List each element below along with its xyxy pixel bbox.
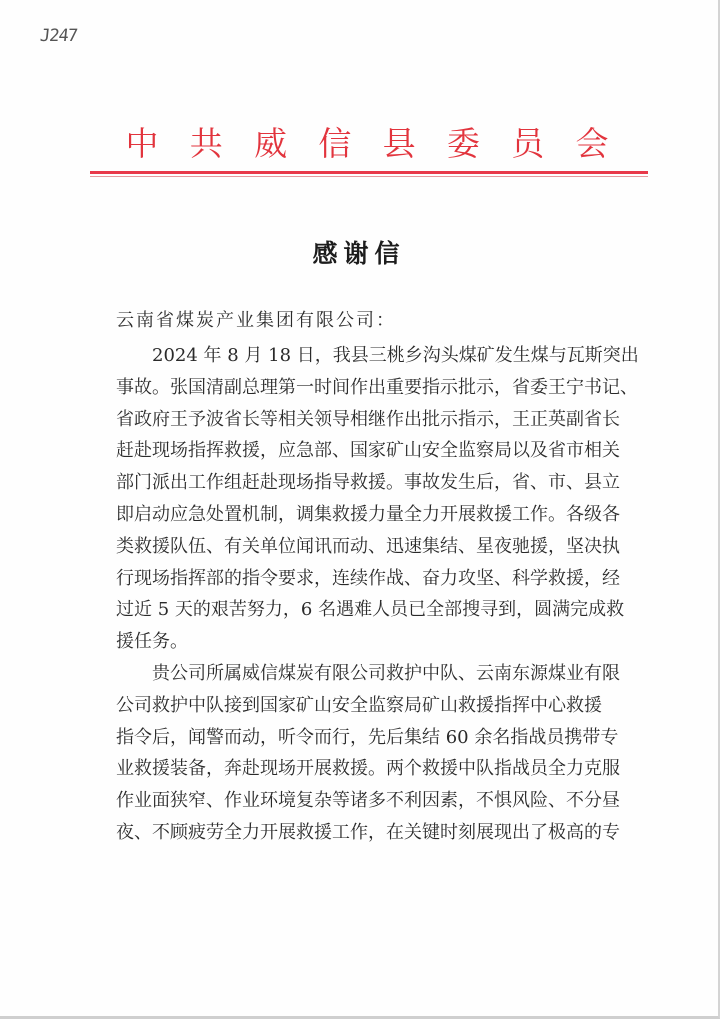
text-line: 部门派出工作组赶赴现场指导救援。事故发生后，省、市、县立 [116,467,611,499]
paragraph-1: 2024 年 8 月 18 日，我县三桃乡沟头煤矿发生煤与瓦斯突出 事故。张国清… [116,340,611,658]
letterhead-char: 共 [186,118,226,165]
document-title: 感谢信 [0,234,718,270]
text-line: 贵公司所属威信煤炭有限公司救护中队、云南东源煤业有限 [116,658,611,690]
document-page: J247 中 共 威 信 县 委 员 会 感谢信 云南省煤炭产业集团有限公司： … [0,0,720,1019]
text-line: 即启动应急处置机制，调集救援力量全力开展救援工作。各级各 [116,499,611,531]
text-line: 夜、不顾疲劳全力开展救援工作，在关键时刻展现出了极高的专 [116,817,611,849]
text-line: 作业面狭窄、作业环境复杂等诸多不利因素，不惧风险、不分昼 [116,785,611,817]
letterhead-char: 委 [443,118,483,165]
letterhead-char: 县 [379,118,419,165]
letterhead-red-rule [90,171,648,174]
text-line: 类救援队伍、有关单位闻讯而动、迅速集结、星夜驰援，坚决执 [116,531,611,563]
letterhead-char: 信 [315,118,355,165]
letterhead-red-rule-thin [90,176,648,177]
letterhead-char: 中 [122,118,162,165]
salutation: 云南省煤炭产业集团有限公司： [116,306,396,332]
letterhead-organization: 中 共 威 信 县 委 员 会 [122,118,612,165]
text-line: 过近 5 天的艰苦努力，6 名遇难人员已全部搜寻到，圆满完成救 [116,594,611,626]
text-line: 指令后，闻警而动，听令而行，先后集结 60 余名指战员携带专 [116,722,611,754]
text-line: 业救援装备，奔赴现场开展救援。两个救援中队指战员全力克服 [116,753,611,785]
text-line: 2024 年 8 月 18 日，我县三桃乡沟头煤矿发生煤与瓦斯突出 [116,340,611,372]
handwritten-note: J247 [39,26,78,46]
text-line: 行现场指挥部的指令要求，连续作战、奋力攻坚、科学救援，经 [116,563,611,595]
paragraph-2: 贵公司所属威信煤炭有限公司救护中队、云南东源煤业有限 公司救护中队接到国家矿山安… [116,658,611,849]
text-line: 赶赴现场指挥救援，应急部、国家矿山安全监察局以及省市相关 [116,435,611,467]
letter-body: 2024 年 8 月 18 日，我县三桃乡沟头煤矿发生煤与瓦斯突出 事故。张国清… [116,340,611,849]
text-line: 援任务。 [116,626,611,658]
text-line: 公司救护中队接到国家矿山安全监察局矿山救援指挥中心救援 [116,690,611,722]
letterhead-char: 员 [508,118,548,165]
text-line: 省政府王予波省长等相关领导相继作出批示指示，王正英副省长 [116,404,611,436]
letterhead-char: 威 [251,118,291,165]
letterhead-char: 会 [572,118,612,165]
text-line: 事故。张国清副总理第一时间作出重要指示批示，省委王宁书记、 [116,372,611,404]
